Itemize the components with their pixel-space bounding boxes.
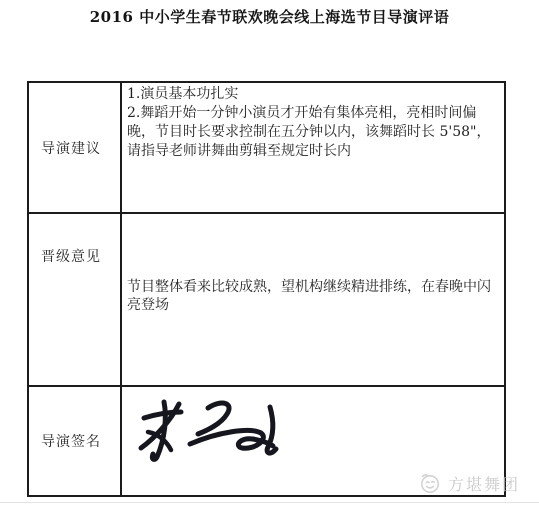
bottom-separator — [0, 502, 539, 503]
document-title: 2016 中小学生春节联欢晚会线上海选节目导演评语 — [0, 6, 539, 27]
row-label-advancement-opinion: 晋级意见 — [28, 213, 121, 386]
handwritten-signature — [134, 397, 294, 469]
table-row: 导演建议 1.演员基本功扎实 2.舞蹈开始一分钟小演员才开始有集体亮相，亮相时间… — [28, 82, 505, 213]
comments-table: 导演建议 1.演员基本功扎实 2.舞蹈开始一分钟小演员才开始有集体亮相，亮相时间… — [27, 81, 506, 497]
table-row: 晋级意见 节目整体看来比较成熟，望机构继续精进排练，在春晚中闪亮登场 — [28, 213, 505, 386]
row-label-director-suggestions: 导演建议 — [28, 82, 121, 213]
document-page: 2016 中小学生春节联欢晚会线上海选节目导演评语 导演建议 1.演员基本功扎实… — [0, 0, 539, 507]
advancement-opinion-text: 节目整体看来比较成熟，望机构继续精进排练，在春晚中闪亮登场 — [121, 213, 505, 386]
watermark: 方堪舞团 — [418, 471, 520, 495]
director-suggestions-text: 1.演员基本功扎实 2.舞蹈开始一分钟小演员才开始有集体亮相，亮相时间偏晚，节目… — [121, 82, 505, 213]
watermark-text: 方堪舞团 — [448, 472, 520, 495]
row-label-director-signature: 导演签名 — [28, 386, 121, 496]
smiley-logo-icon — [418, 471, 442, 495]
